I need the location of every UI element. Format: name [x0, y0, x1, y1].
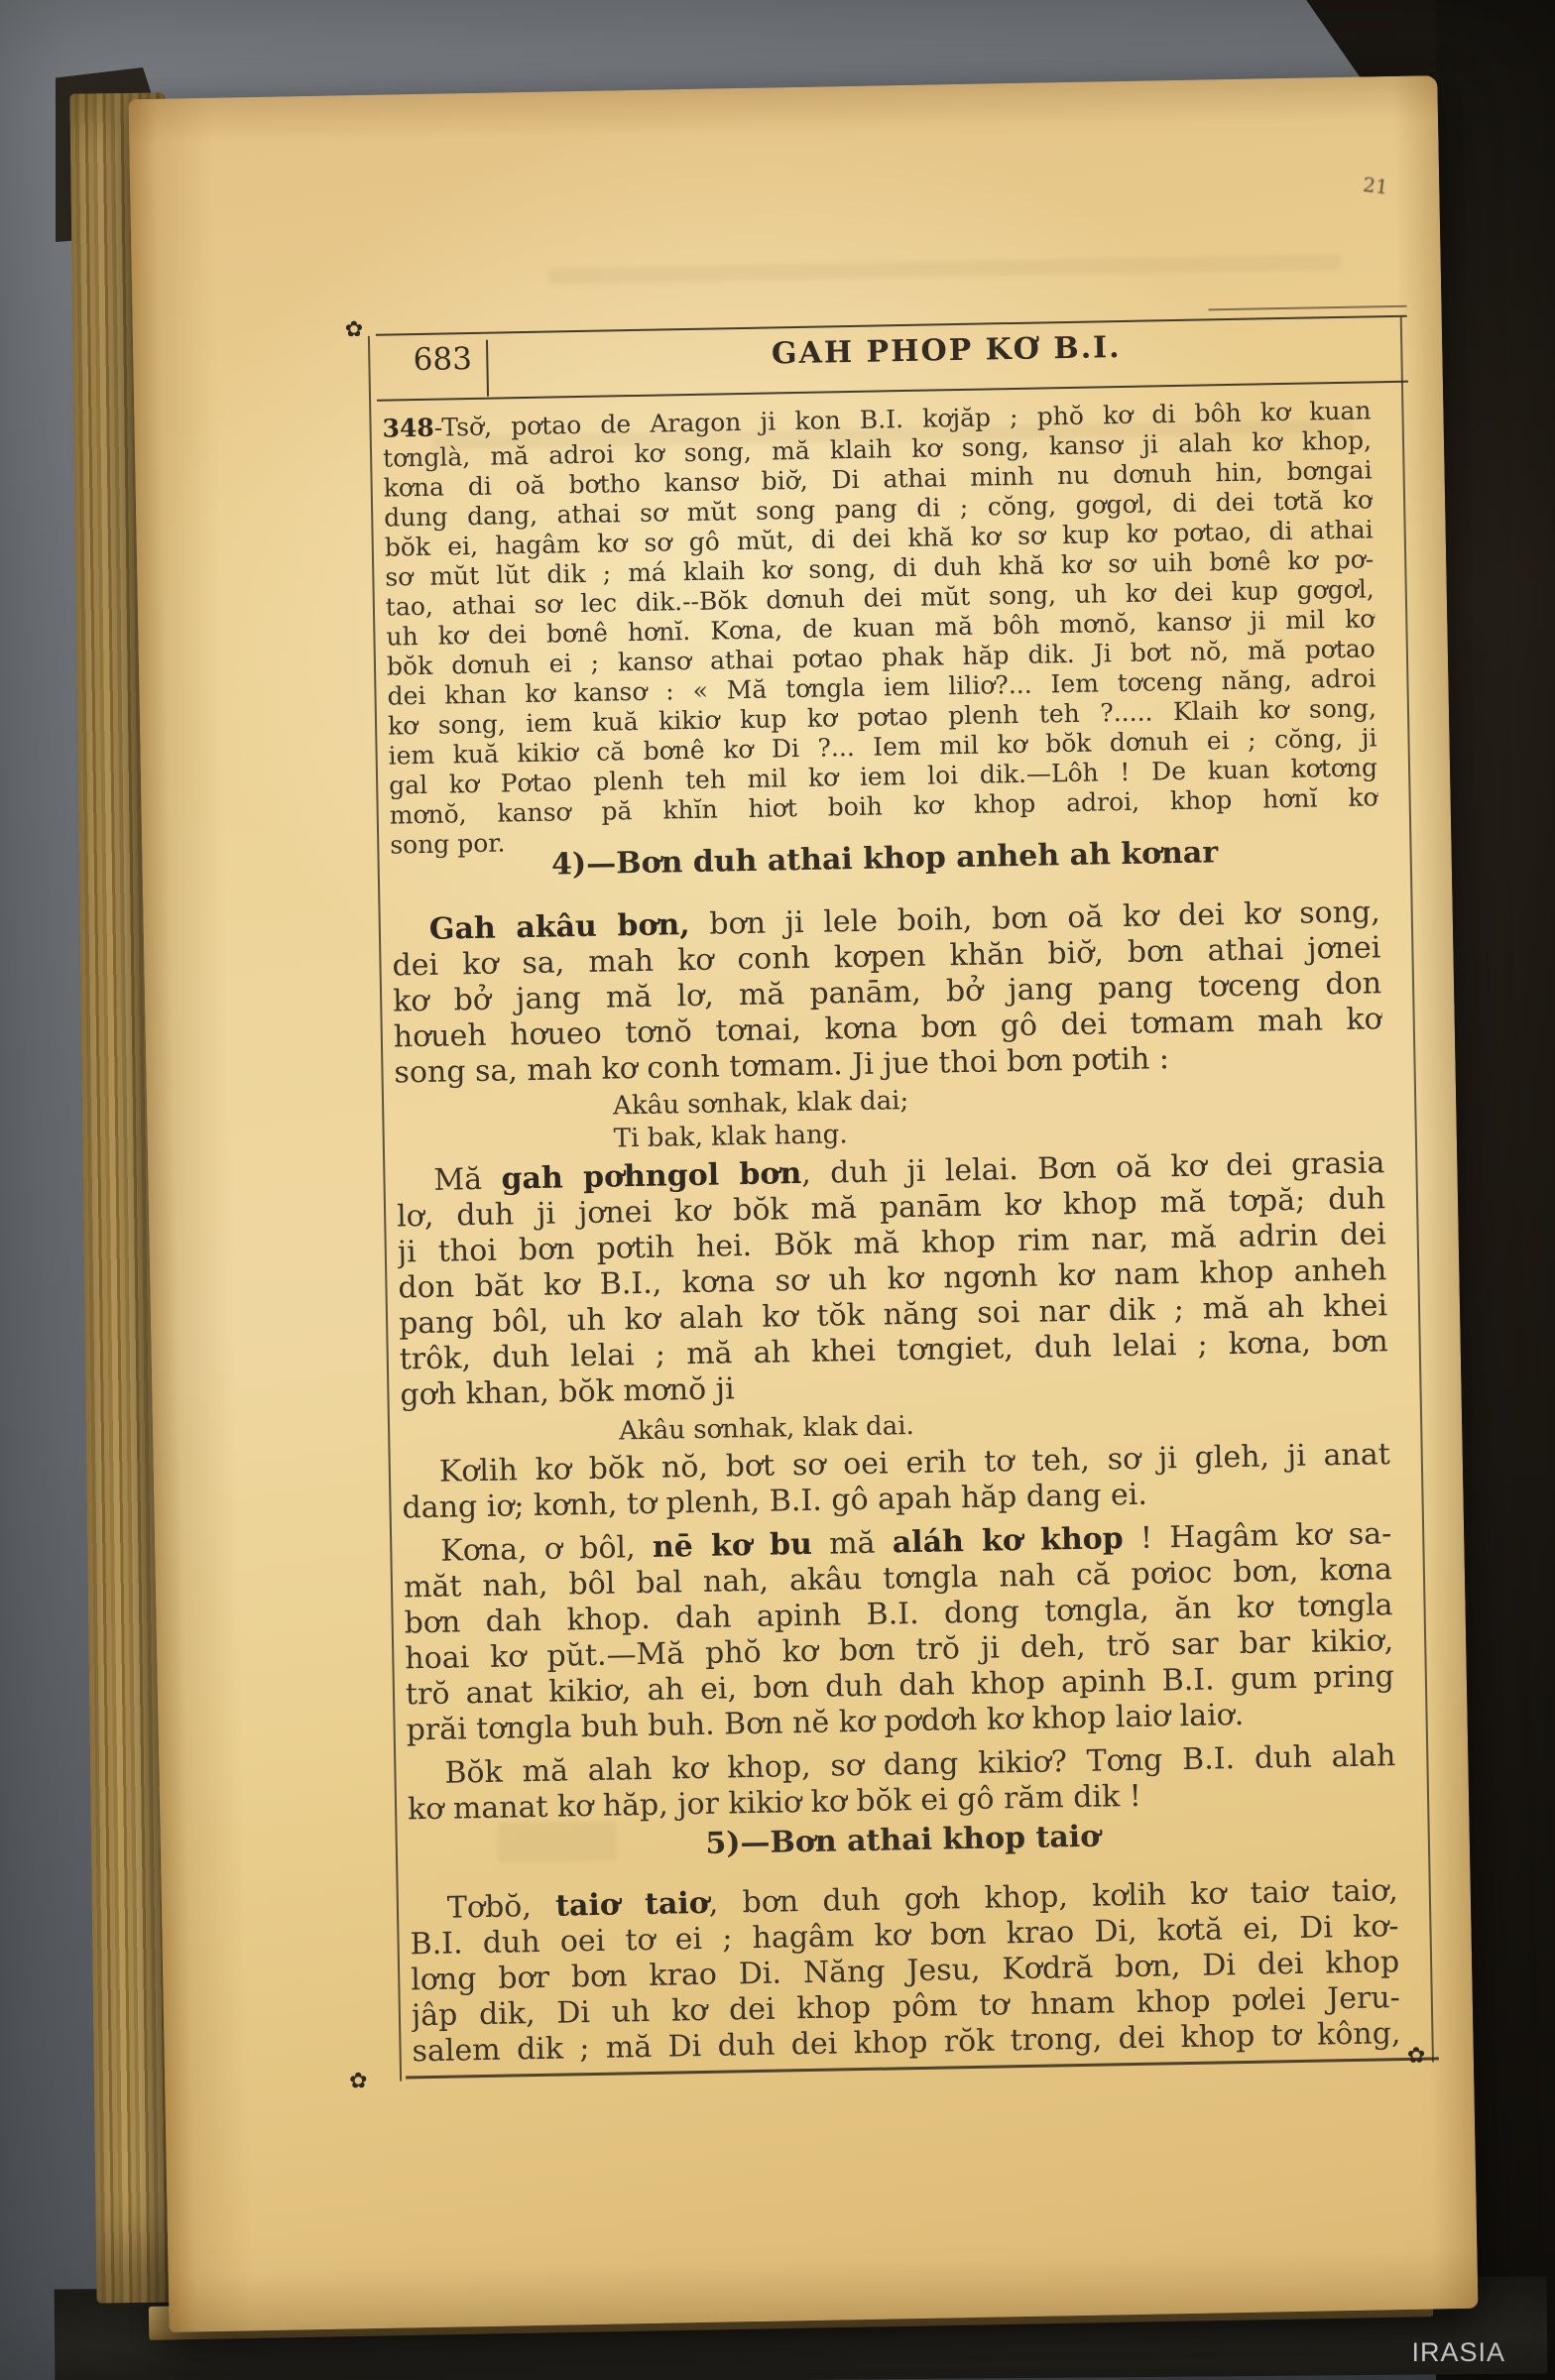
text-segment: ! Hagâm kơ sa-: [1123, 1516, 1391, 1556]
text-segment: Tơbŏ,: [447, 1889, 556, 1926]
paragraph-block: Kơna, ơ bôl, nē kơ bu mă aláh kơ khop ! …: [403, 1516, 1395, 1748]
paragraph-block: Gah akâu bơn, bơn ji lele boih, bơn oă k…: [392, 894, 1383, 1091]
paragraph-block: Tơbŏ, taiơ taiơ, bơn duh gơh khop, kơlih…: [410, 1873, 1401, 2070]
frame-rule-right: [1400, 317, 1434, 2063]
bold-text-segment: taiơ taiơ: [555, 1886, 709, 1924]
paragraph-block: Kơlih kơ bŏk nŏ, bơt sơ oei erih tơ teh,…: [402, 1437, 1391, 1526]
flower-ornament-top-left: ✿: [345, 319, 364, 341]
watermark-irasia: IRASIA: [1411, 2337, 1505, 2368]
bold-text-segment: gah pơhngol bơn: [501, 1156, 801, 1197]
bold-text-segment: nē kơ bu: [653, 1527, 813, 1565]
paragraph-block: Bŏk mă alah kơ khop, sơ dang kikiơ? Tơng…: [407, 1738, 1396, 1828]
paragraph-block: 348-Tsơ̆, pơtao de Aragon ji kon B.I. kơ…: [382, 396, 1378, 860]
bold-text-segment: Gah akâu bơn,: [429, 907, 690, 947]
book-photo: 21 ✿ ✿ ✿ 683 GAH PHOP KƠ B.I. 348-Tsơ̆, …: [0, 0, 1555, 2380]
book-page: 21 ✿ ✿ ✿ 683 GAH PHOP KƠ B.I. 348-Tsơ̆, …: [128, 75, 1478, 2332]
verse-block: Akâu sơnhak, klak dai;Ti bak, klak hang.: [395, 1076, 1384, 1159]
text-column: 348-Tsơ̆, pơtao de Aragon ji kon B.I. kơ…: [376, 76, 1405, 2327]
text-segment: gơh khan, bŏk mơnŏ ji: [400, 1371, 735, 1412]
flower-ornament-bottom-left: ✿: [349, 2071, 368, 2092]
paragraph-block: Mă gah pơhngol bơn, duh ji lelai. Bơn oă…: [396, 1145, 1388, 1413]
bold-text-segment: aláh kơ khop: [892, 1521, 1124, 1560]
text-segment: mă: [812, 1525, 894, 1561]
text-segment: Mă: [433, 1162, 502, 1198]
text-segment: Kơna, ơ bôl,: [440, 1530, 653, 1569]
bold-text-segment: 348: [382, 414, 434, 443]
